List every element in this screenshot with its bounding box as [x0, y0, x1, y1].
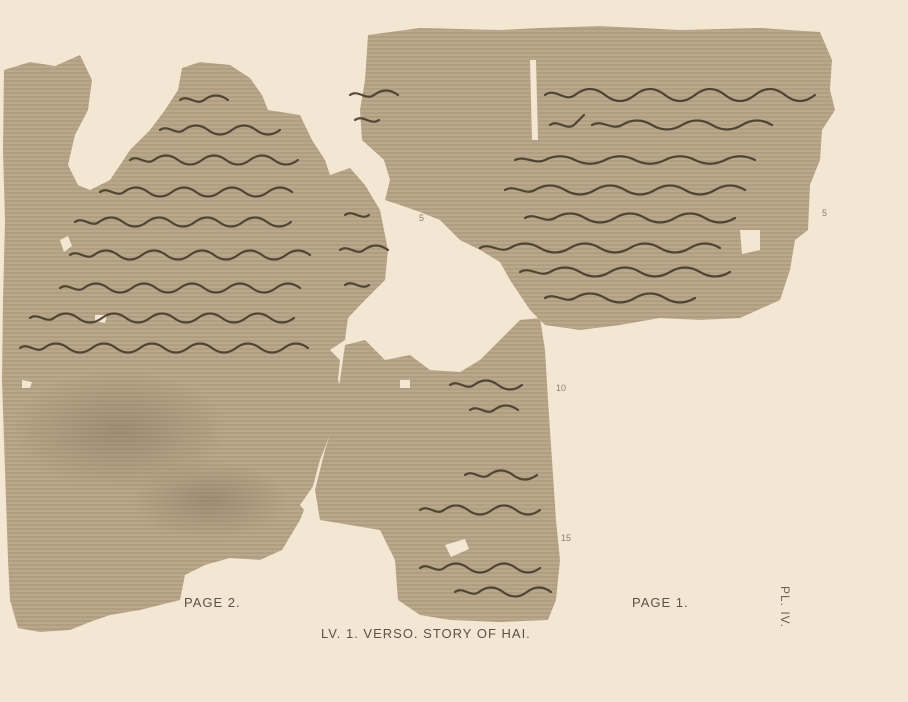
plate-number: PL. IV. [778, 586, 792, 628]
papyrus-fragments-image [0, 0, 908, 702]
line-number-10-page-1: 10 [556, 383, 566, 393]
page-2-label: PAGE 2. [184, 595, 241, 610]
page-1-lower-fragment [315, 318, 560, 622]
line-number-5-page-1: 5 [822, 208, 827, 218]
page-1-upper-fragment [360, 26, 835, 330]
papyrus-plate: 5 5 10 15 PAGE 2. PAGE 1. LV. 1. VERSO. … [0, 0, 908, 702]
plate-caption: LV. 1. VERSO. STORY OF HAI. [321, 626, 531, 641]
page-1-label: PAGE 1. [632, 595, 689, 610]
line-number-5-page-2: 5 [419, 213, 424, 223]
line-number-15-page-1: 15 [561, 533, 571, 543]
